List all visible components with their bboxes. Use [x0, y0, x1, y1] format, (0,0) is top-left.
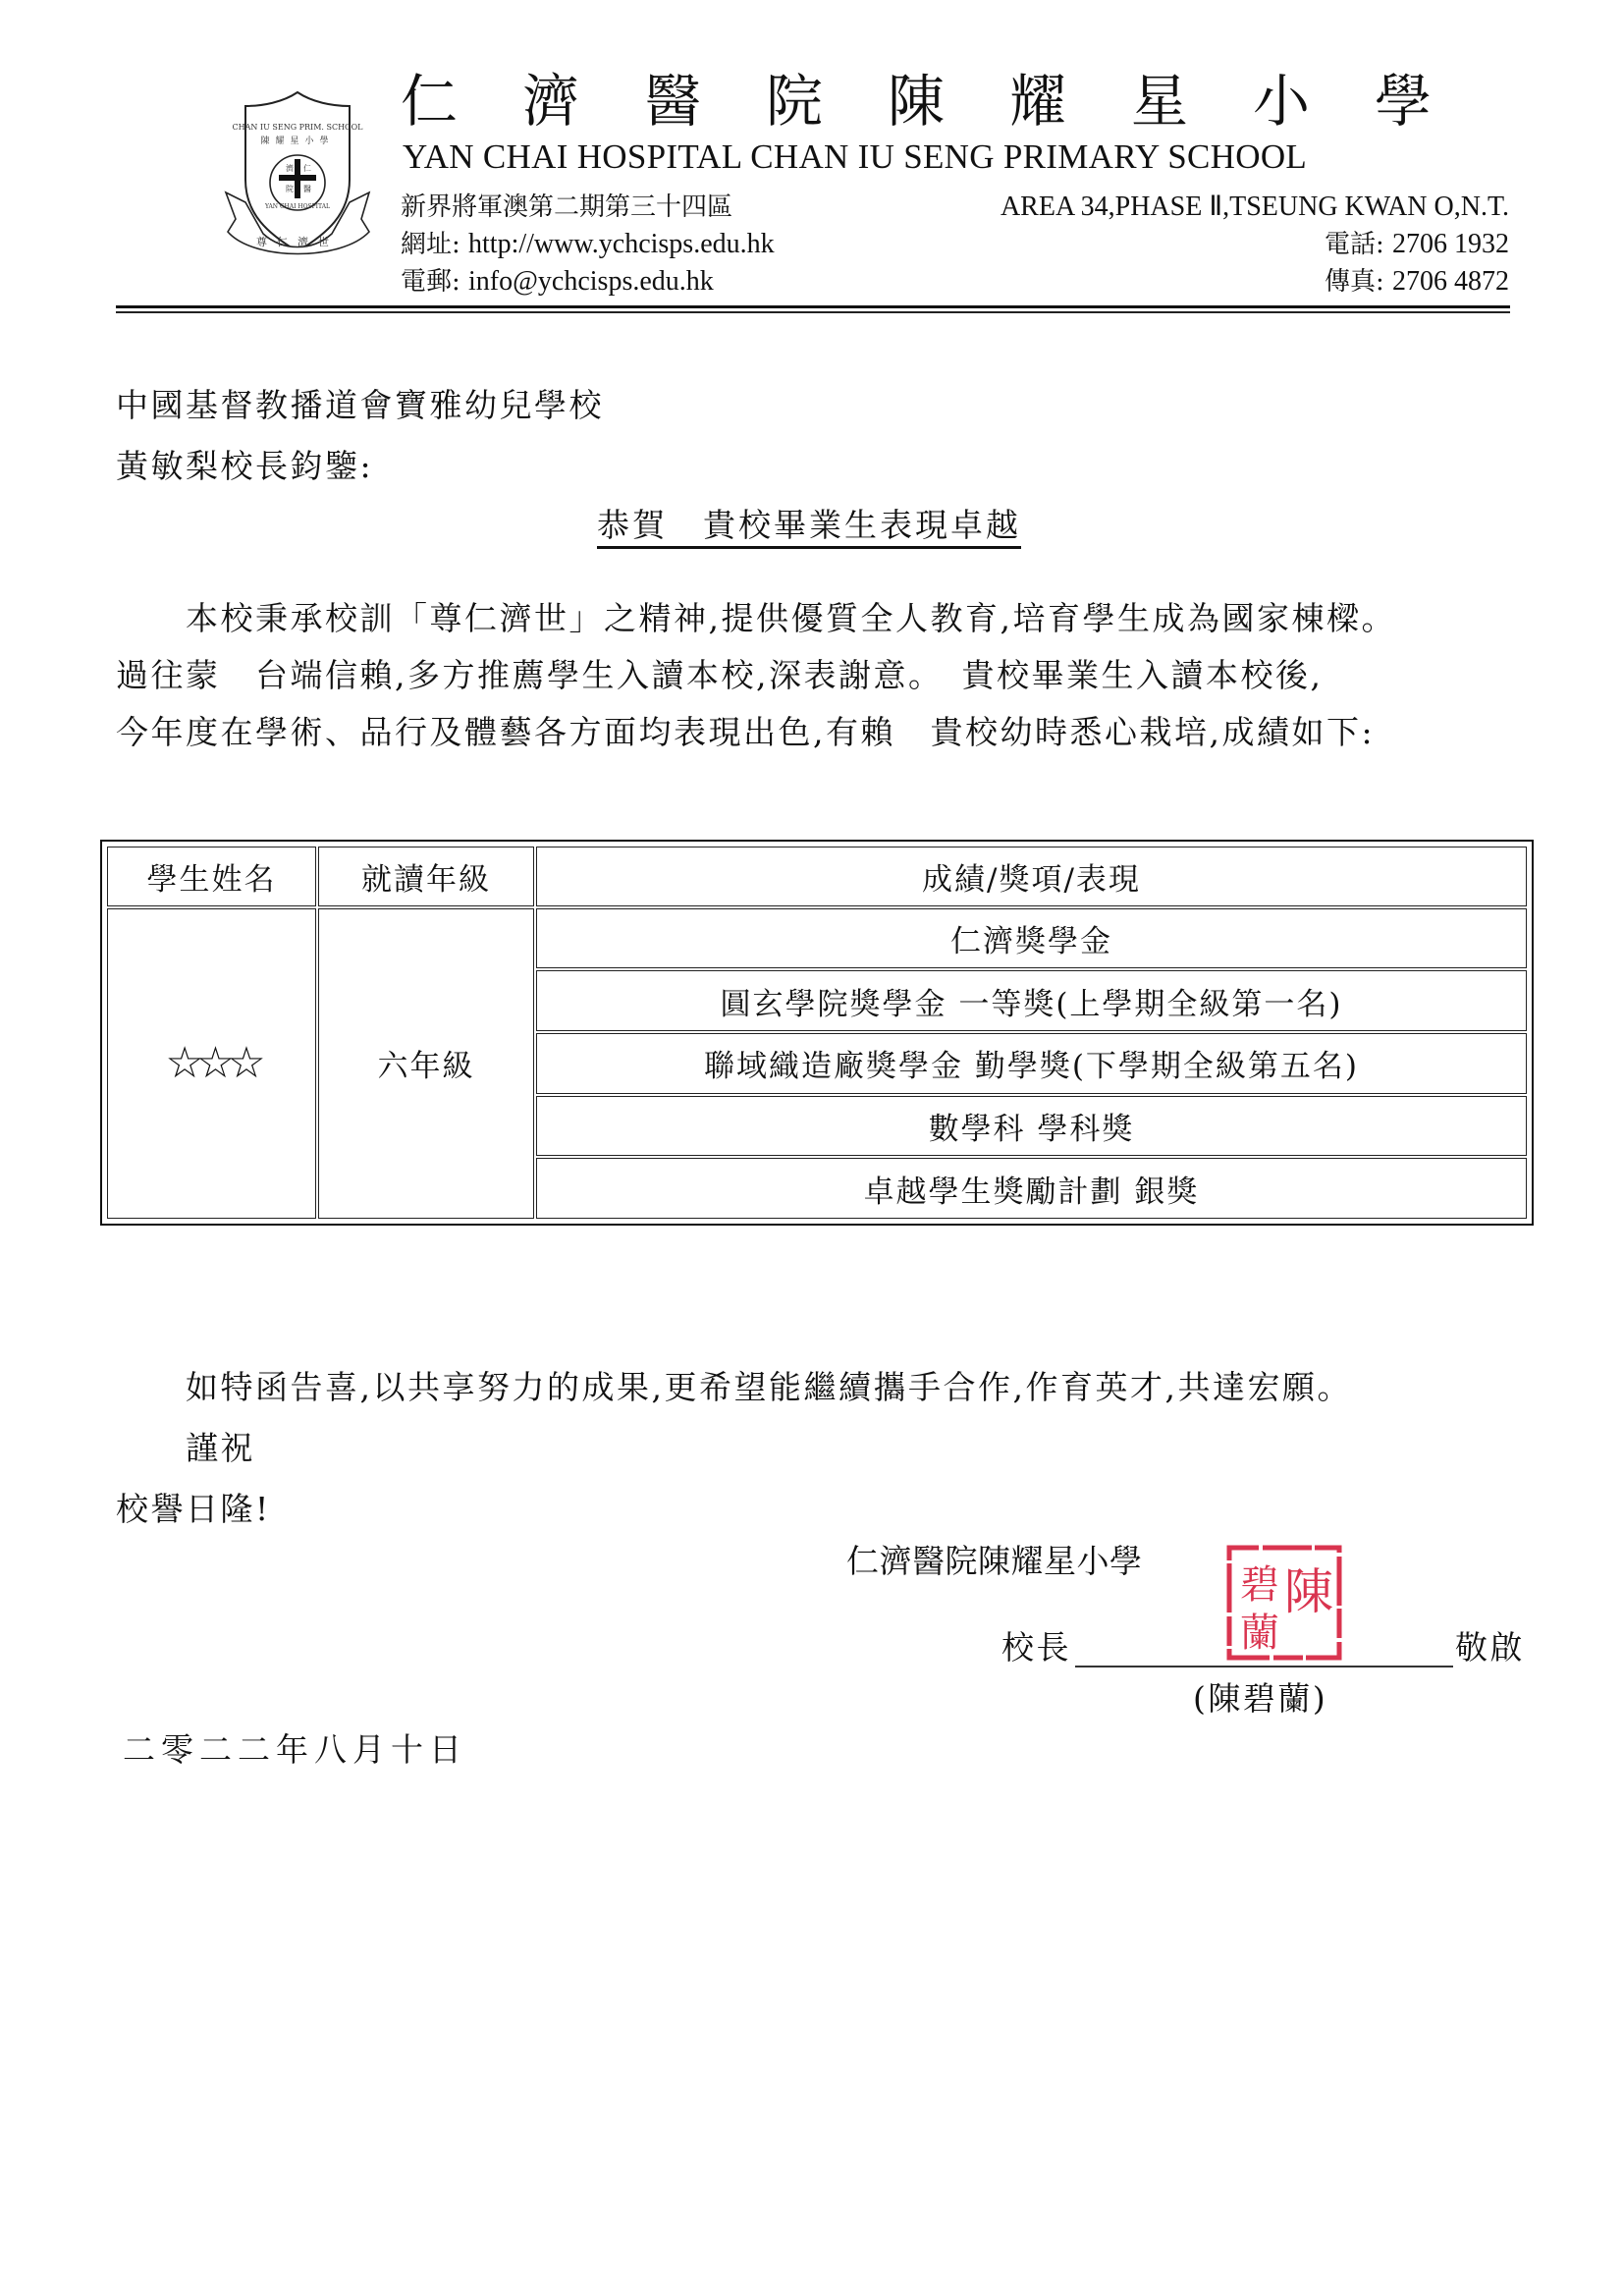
svg-text:尊仁濟世: 尊仁濟世	[256, 235, 339, 248]
respectfully: 敬啟	[1455, 1628, 1525, 1667]
award-item: 數學科 學科獎	[536, 1096, 1527, 1157]
svg-text:CHAN IU SENG PRIM. SCHOOL: CHAN IU SENG PRIM. SCHOOL	[233, 123, 364, 132]
address-zh: 新界將軍澳第二期第三十四區	[401, 192, 732, 222]
paragraph-line-2: 過往蒙 台端信賴,多方推薦學生入讀本校,深表謝意。 貴校畢業生入讀本校後,	[116, 656, 1323, 695]
paragraph-line-1: 本校秉承校訓「尊仁濟世」之精神,提供優質全人教育,培育學生成為國家棟樑。	[116, 599, 1396, 638]
svg-text:院: 院	[286, 185, 294, 193]
letter-date: 二零二二年八月十日	[123, 1730, 467, 1770]
fax-number: 2706 4872	[1392, 266, 1509, 297]
svg-text:濟: 濟	[286, 163, 294, 173]
school-name-en: YAN CHAI HOSPITAL CHAN IU SENG PRIMARY S…	[403, 137, 1307, 177]
paragraph-line-3: 今年度在學術、品行及體藝各方面均表現出色,有賴 貴校幼時悉心栽培,成績如下:	[116, 713, 1375, 752]
masked-name-stars-icon: ☆☆☆	[165, 1038, 257, 1088]
principal-label: 校長	[1001, 1628, 1071, 1667]
recipient-school: 中國基督教播道會寶雅幼兒學校	[116, 386, 604, 425]
recipient-salutation: 黃敏梨校長鈞鑒:	[116, 447, 373, 486]
award-item: 仁濟獎學金	[536, 908, 1527, 969]
signature-line	[1075, 1666, 1453, 1667]
award-item: 圓玄學院獎學金 一等獎(上學期全級第一名)	[536, 970, 1527, 1031]
header-divider-thick	[116, 305, 1510, 308]
fax-label: 傳真:	[1325, 267, 1384, 297]
header-achievements: 成績/獎項/表現	[536, 847, 1527, 906]
phone-row: 電話: 2706 1932	[1325, 230, 1509, 259]
address-en: AREA 34,PHASE Ⅱ,TSEUNG KWAN O,N.T.	[1001, 192, 1509, 222]
website-row: 網址: http://www.ychcisps.edu.hk	[401, 230, 775, 259]
letter-subject: 恭賀 貴校畢業生表現卓越	[597, 507, 1021, 549]
school-crest-icon: 尊仁濟世 CHAN IU SENG PRIM. SCHOOL 陳耀星小學 濟 仁…	[224, 86, 371, 268]
email-link[interactable]: info@ychcisps.edu.hk	[468, 266, 714, 297]
wish: 校譽日隆!	[116, 1490, 271, 1529]
principal-name: (陳碧蘭)	[1193, 1679, 1327, 1719]
award-item: 聯域織造廠獎學金 勤學獎(下學期全級第五名)	[536, 1033, 1527, 1094]
table-header-row: 學生姓名 就讀年級 成績/獎項/表現	[107, 847, 1527, 906]
regards: 謹祝	[116, 1429, 255, 1468]
table-row: ☆☆☆ 六年級 仁濟獎學金	[107, 908, 1527, 969]
award-item: 卓越學生獎勵計劃 銀獎	[536, 1158, 1527, 1219]
student-name-cell: ☆☆☆	[107, 908, 316, 1219]
header-grade: 就讀年級	[318, 847, 534, 906]
svg-text:陳耀星小學: 陳耀星小學	[260, 135, 334, 146]
email-label: 電郵:	[401, 267, 460, 297]
fax-row: 傳真: 2706 4872	[1325, 267, 1509, 297]
email-row: 電郵: info@ychcisps.edu.hk	[401, 267, 714, 297]
awards-table: 學生姓名 就讀年級 成績/獎項/表現 ☆☆☆ 六年級 仁濟獎學金 圓玄學院獎學金…	[100, 840, 1534, 1226]
svg-text:仁: 仁	[303, 163, 311, 173]
closing-paragraph: 如特函告喜,以共享努力的成果,更希望能繼續攜手合作,作育英才,共達宏願。	[116, 1368, 1352, 1407]
signatory-school: 仁濟醫院陳耀星小學	[846, 1542, 1143, 1581]
grade-cell: 六年級	[318, 908, 534, 1219]
svg-text:蘭: 蘭	[1240, 1611, 1279, 1656]
svg-text:陳: 陳	[1284, 1563, 1333, 1620]
phone-label: 電話:	[1325, 230, 1384, 259]
phone-number: 2706 1932	[1392, 229, 1509, 259]
svg-text:YAN CHAI HOSPITAL: YAN CHAI HOSPITAL	[264, 203, 330, 210]
website-label: 網址:	[401, 230, 460, 259]
header-student-name: 學生姓名	[107, 847, 316, 906]
svg-text:碧: 碧	[1240, 1562, 1279, 1608]
website-link[interactable]: http://www.ychcisps.edu.hk	[468, 229, 775, 259]
svg-text:醫: 醫	[303, 184, 311, 193]
principal-seal-icon: 陳 碧 蘭	[1225, 1544, 1343, 1662]
address-en-text: AREA 34,PHASE Ⅱ,TSEUNG KWAN O,N.T.	[1001, 191, 1509, 222]
school-name-zh: 仁濟醫院陳耀星小學	[401, 67, 1496, 136]
header-divider-thin	[116, 311, 1510, 313]
